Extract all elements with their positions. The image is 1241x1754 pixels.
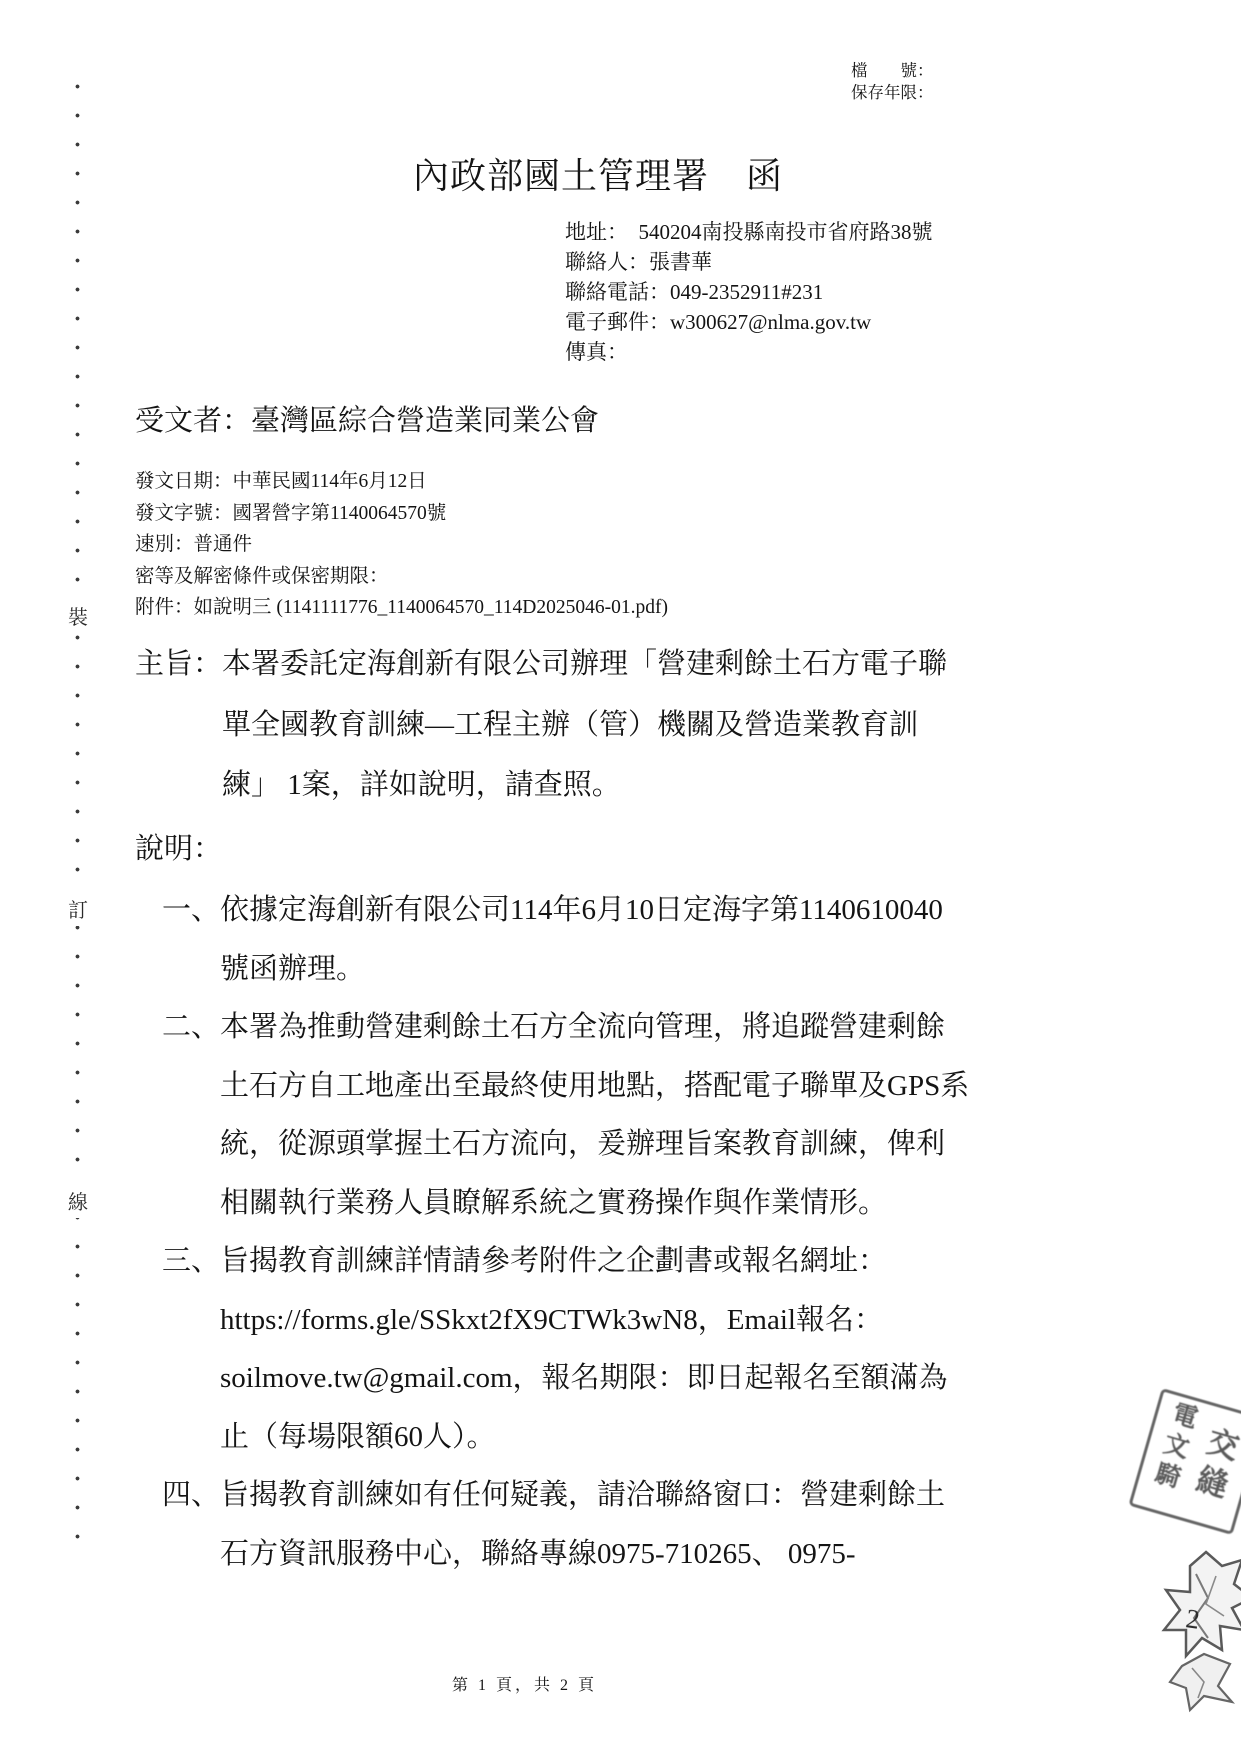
item-line: 止（每場限額60人）。 bbox=[162, 1408, 1062, 1467]
sender-fax: 傳真： bbox=[565, 337, 933, 367]
item-line: 石方資訊服務中心，聯絡專線0975-710265、 0975- bbox=[162, 1525, 1062, 1584]
item-line: 旨揭教育訓練如有任何疑義，請洽聯絡窗口：營建剩餘土 bbox=[220, 1479, 945, 1511]
security-classification: 密等及解密條件或保密期限： bbox=[135, 561, 668, 593]
explanation-item: 一、依據定海創新有限公司114年6月10日定海字第1140610040 號函辦理… bbox=[162, 881, 1062, 998]
sender-phone: 聯絡電話：049-2352911#231 bbox=[565, 277, 933, 307]
sender-contact-person: 聯絡人：張書華 bbox=[565, 247, 933, 277]
binding-mark-ding: 訂 bbox=[66, 891, 90, 926]
item-line: https://forms.gle/SSkxt2fX9CTWk3wN8，Emai… bbox=[162, 1291, 1062, 1350]
seam-stamp: 電文騎 交縫 bbox=[1128, 1388, 1241, 1535]
item-number: 一、 bbox=[162, 894, 220, 926]
priority-level: 速別：普通件 bbox=[135, 529, 668, 561]
subject-line: 練」 1案，詳如說明，請查照。 bbox=[135, 755, 1055, 816]
explanation-item: 二、本署為推動營建剩餘土石方全流向管理，將追蹤營建剩餘 土石方自工地產出至最終使… bbox=[162, 998, 1062, 1232]
binding-mark-xian: 線 bbox=[66, 1183, 90, 1218]
file-number-label: 檔 號： bbox=[851, 60, 934, 82]
item-line: 號函辦理。 bbox=[162, 940, 1062, 999]
item-line: 依據定海創新有限公司114年6月10日定海字第1140610040 bbox=[220, 894, 943, 926]
item-number: 四、 bbox=[162, 1479, 220, 1511]
page-title: 內政部國土管理署 函 bbox=[413, 148, 783, 199]
recipient-line: 受文者：臺灣區綜合營造業同業公會 bbox=[135, 398, 599, 439]
archive-header: 檔 號： 保存年限： bbox=[851, 60, 934, 104]
sender-email: 電子郵件：w300627@nlma.gov.tw bbox=[565, 307, 933, 337]
retention-period-label: 保存年限： bbox=[851, 82, 934, 104]
item-line: soilmove.tw@gmail.com，報名期限：即日起報名至額滿為 bbox=[162, 1349, 1062, 1408]
binding-mark-zhuang: 裝 bbox=[66, 598, 90, 633]
item-number: 二、 bbox=[162, 1011, 220, 1043]
subject-block: 主旨：本署委託定海創新有限公司辦理「營建剩餘土石方電子聯 單全國教育訓練—工程主… bbox=[135, 634, 1055, 816]
sender-address: 地址： 540204南投縣南投市省府路38號 bbox=[565, 217, 933, 247]
subject-line: 本署委託定海創新有限公司辦理「營建剩餘土石方電子聯 bbox=[222, 648, 947, 680]
binding-dotted-line bbox=[75, 84, 80, 1546]
item-line: 相關執行業務人員瞭解系統之實務操作與作業情形。 bbox=[162, 1174, 1062, 1233]
subject-line: 單全國教育訓練—工程主辦（管）機關及營造業教育訓 bbox=[135, 695, 1055, 756]
sender-info-block: 地址： 540204南投縣南投市省府路38號 聯絡人：張書華 聯絡電話：049-… bbox=[565, 217, 933, 367]
item-line: 土石方自工地產出至最終使用地點，搭配電子聯單及GPS系 bbox=[162, 1057, 1062, 1116]
item-line: 旨揭教育訓練詳情請參考附件之企劃書或報名網址： bbox=[220, 1245, 887, 1277]
issue-date: 發文日期：中華民國114年6月12日 bbox=[135, 466, 668, 498]
document-meta-block: 發文日期：中華民國114年6月12日 發文字號：國署營字第1140064570號… bbox=[135, 466, 668, 624]
explanation-item: 三、旨揭教育訓練詳情請參考附件之企劃書或報名網址： https://forms.… bbox=[162, 1232, 1062, 1466]
item-number: 三、 bbox=[162, 1245, 220, 1277]
issue-number: 發文字號：國署營字第1140064570號 bbox=[135, 498, 668, 530]
attachment-note: 附件：如說明三 (1141111776_1140064570_114D20250… bbox=[135, 592, 668, 624]
item-line: 統，從源頭掌握土石方流向，爰辦理旨案教育訓練，俾利 bbox=[162, 1115, 1062, 1174]
subject-label: 主旨： bbox=[135, 648, 222, 680]
page-footer: 第 1 頁，共 2 頁 bbox=[452, 1672, 597, 1695]
explanation-label: 說明： bbox=[135, 826, 222, 867]
document-page: 裝 訂 線 檔 號： 保存年限： 內政部國土管理署 函 地址： 540204南投… bbox=[0, 0, 1241, 1754]
explanation-item: 四、旨揭教育訓練如有任何疑義，請洽聯絡窗口：營建剩餘土 石方資訊服務中心，聯絡專… bbox=[162, 1466, 1062, 1583]
explanation-items: 一、依據定海創新有限公司114年6月10日定海字第1140610040 號函辦理… bbox=[162, 881, 1062, 1583]
item-line: 本署為推動營建剩餘土石方全流向管理，將追蹤營建剩餘 bbox=[220, 1011, 945, 1043]
